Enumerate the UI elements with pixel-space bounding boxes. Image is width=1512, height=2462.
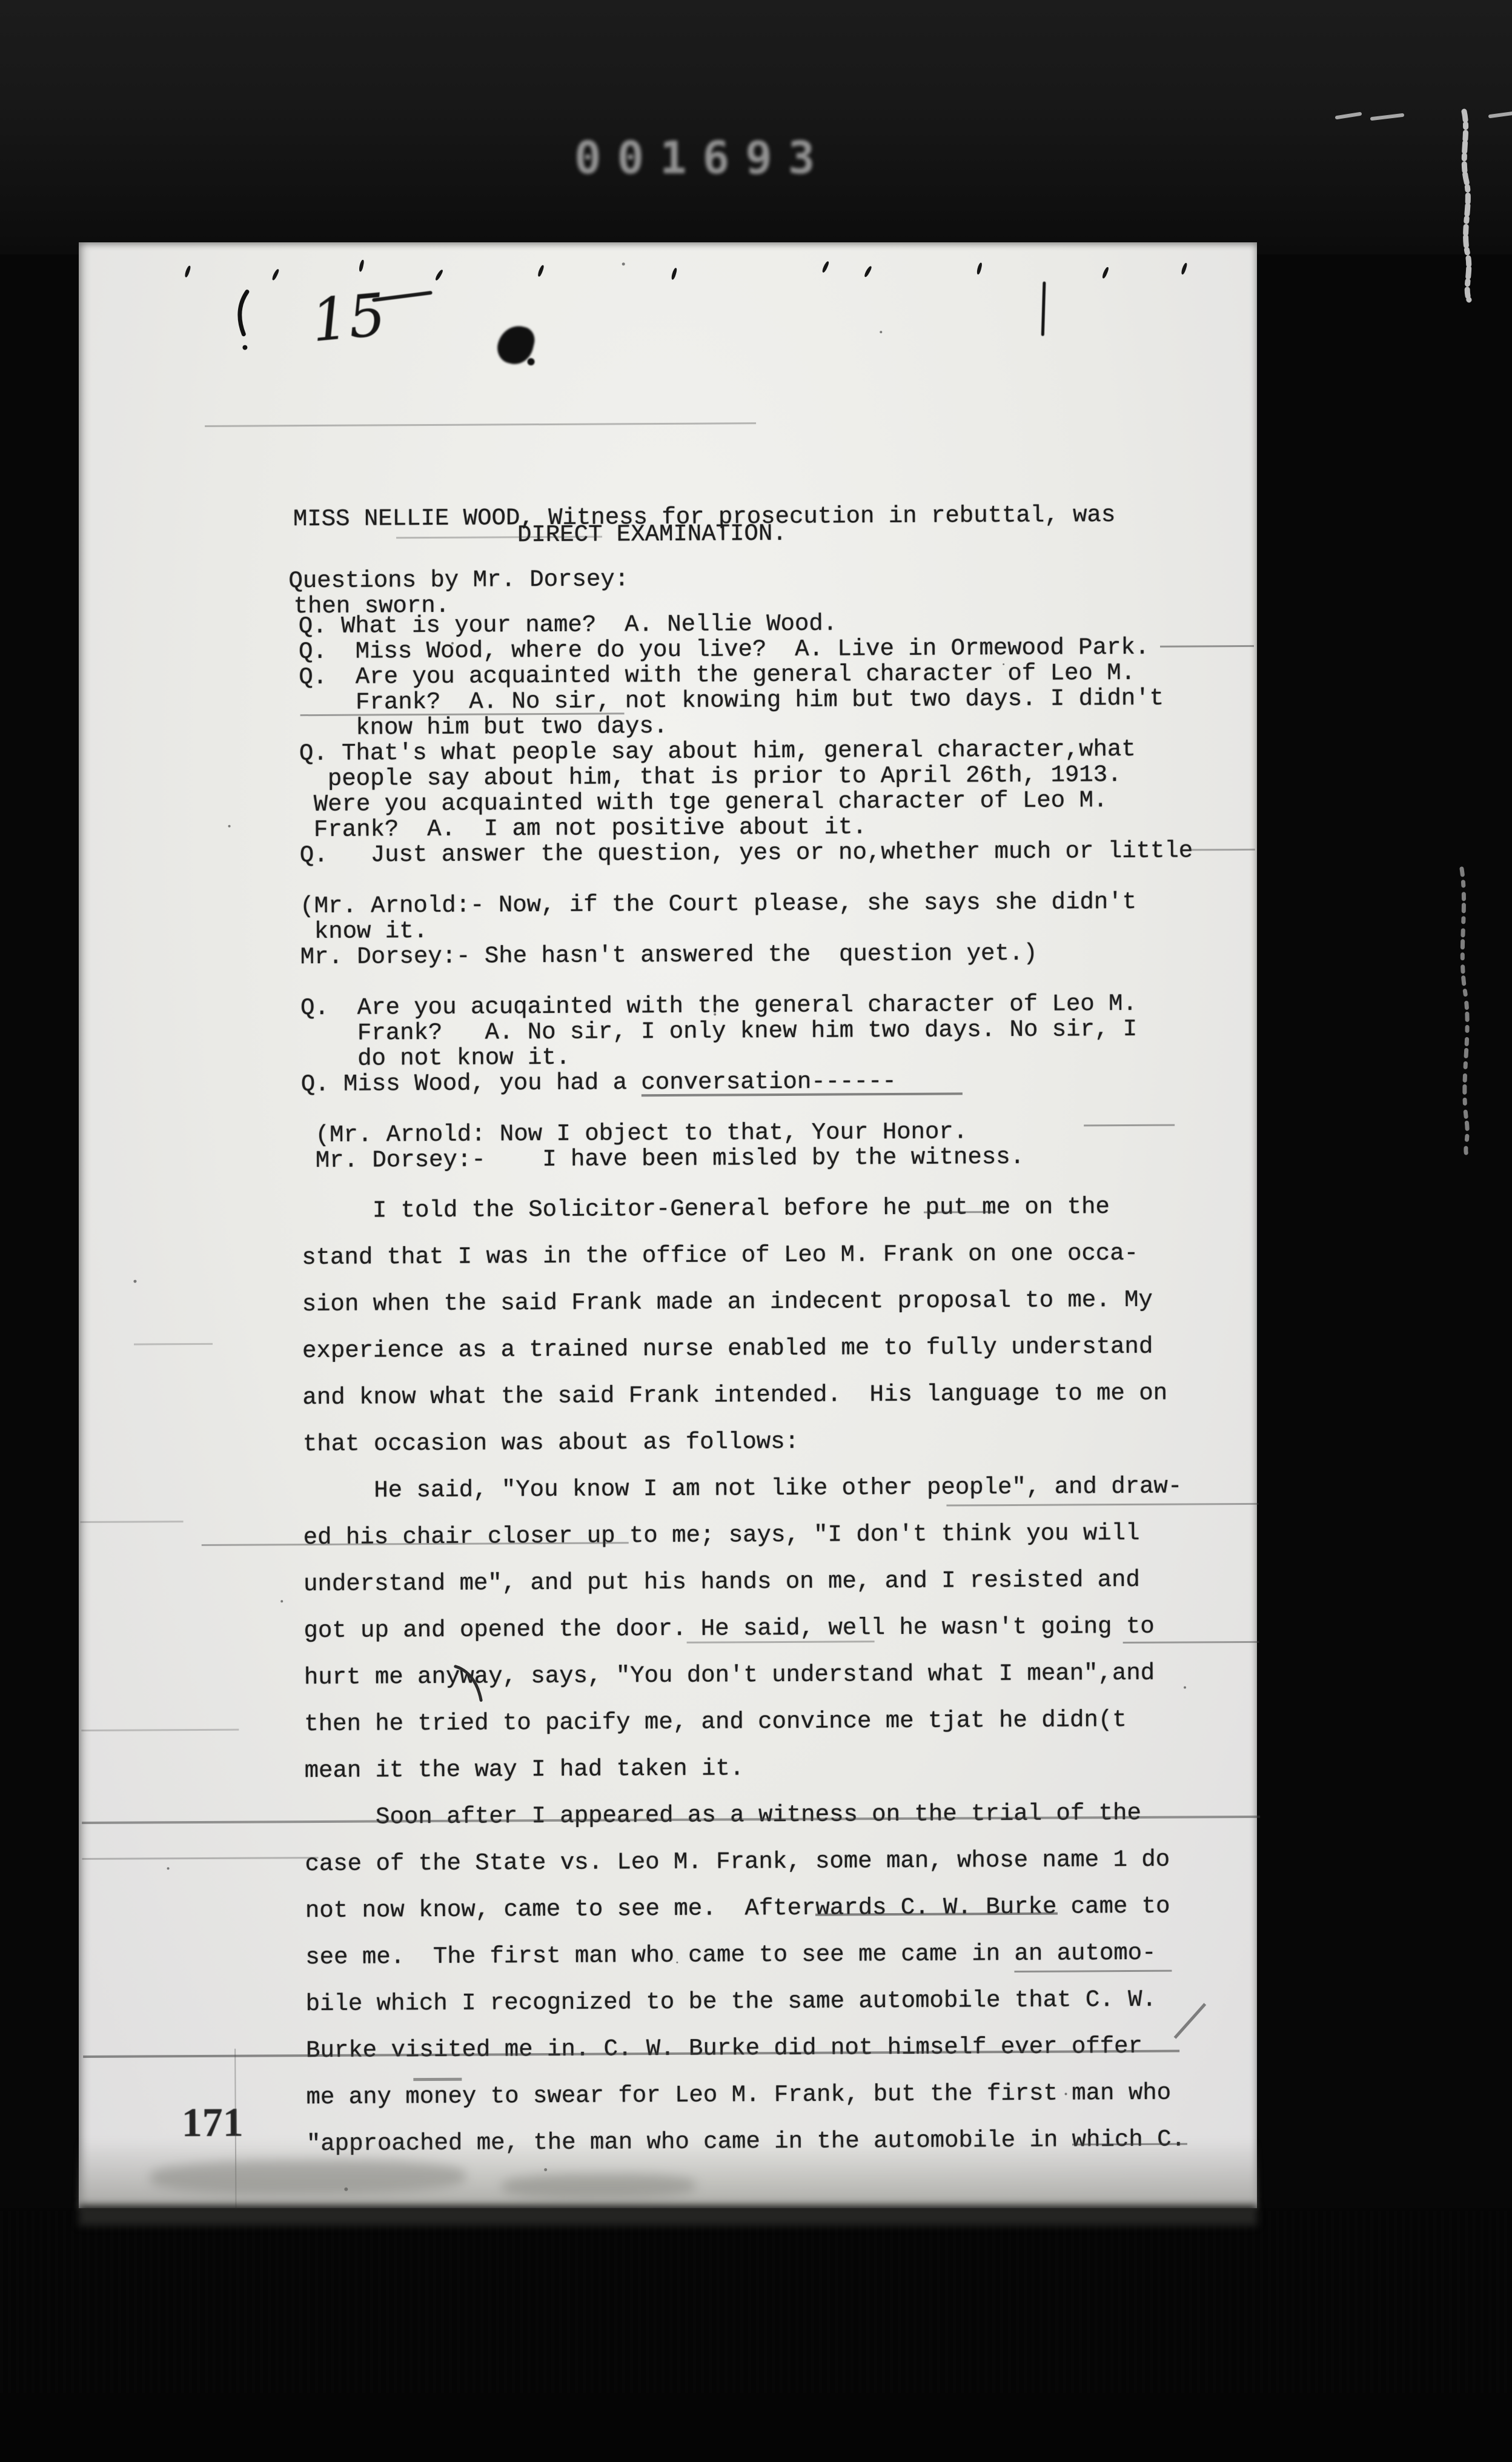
pencil-line (205, 422, 756, 427)
speck (544, 2168, 547, 2171)
speck (970, 1487, 973, 1490)
transcript-line: Frank? A. No sir, not knowing him but tw… (299, 685, 1192, 715)
pencil-line (1160, 645, 1254, 648)
speck (167, 1867, 170, 1870)
speck (1003, 663, 1004, 665)
witness-statement: I told the Solicitor-General before he p… (302, 1184, 1185, 2168)
speck (451, 642, 454, 645)
ink-tick (537, 265, 545, 277)
examiner-byline: Questions by Mr. Dorsey: (288, 566, 629, 594)
speck (228, 825, 231, 828)
pencil-line (81, 1521, 184, 1523)
ink-tick (1101, 267, 1109, 279)
statement-line: not now know, came to see me. Afterwards… (305, 1883, 1184, 1935)
pencil-line (413, 2078, 462, 2081)
speck (676, 1962, 678, 1963)
statement-line: got up and opened the door. He said, wel… (303, 1604, 1182, 1655)
transcript-line: Q. Just answer the question, yes or no,w… (300, 838, 1193, 868)
statement-line: see me. The first man who came to see me… (305, 1930, 1184, 1982)
ink-tick (671, 267, 677, 280)
transcript-line: Frank? A. No sir, I only knew him two da… (300, 1016, 1194, 1046)
statement-line: stand that I was in the office of Leo M.… (302, 1230, 1181, 1282)
ink-tick (1181, 262, 1188, 275)
statement-line: bile which I recognized to be the same a… (306, 1977, 1185, 2028)
speck (133, 1280, 136, 1283)
ink-blot-speck (528, 358, 535, 365)
statement-line: sion when the said Frank made an indecen… (302, 1277, 1181, 1329)
film-grain (0, 2211, 1512, 2393)
statement-line: "approached me, the man who came in the … (307, 2117, 1185, 2168)
pencil-line (924, 1211, 993, 1213)
statement-line: case of the State vs. Leo M. Frank, some… (305, 1837, 1184, 1888)
transcript-line: Were you acquainted with tge general cha… (299, 787, 1193, 817)
pencil-line (1192, 849, 1255, 851)
pencil-check-mark (452, 1663, 488, 1705)
section-title: DIRECT EXAMINATION. (517, 520, 787, 548)
statement-line: hurt me anyway, says, "You don't underst… (304, 1650, 1183, 1702)
printed-page-number: 171 (182, 2099, 244, 2147)
pencil-line (82, 1857, 318, 1860)
ink-tick (976, 262, 983, 275)
statement-line: understand me", and put his hands on me,… (303, 1557, 1182, 1608)
page-bottom-shadow (79, 2205, 1257, 2226)
pencil-line (134, 1343, 213, 1345)
statement-line: Soon after I appeared as a witness on th… (305, 1790, 1184, 1842)
statement-line: and know what the said Frank intended. H… (302, 1370, 1181, 1422)
document-number-stamp: 001693 (574, 132, 831, 184)
pencil-line (81, 1729, 239, 1731)
transcript-line: Mr. Dorsey:- I have been misled by the w… (301, 1143, 1195, 1173)
speck (344, 2188, 348, 2191)
ink-tick (184, 265, 191, 278)
film-scratch-column-top (1451, 109, 1487, 303)
film-top-band (0, 0, 1512, 254)
statement-line: Burke visited me in. C. W. Burke did not… (306, 2023, 1185, 2075)
speck (622, 262, 625, 265)
statement-line: then he tried to pacify me, and convince… (304, 1697, 1183, 1748)
page-content: 15 MISS NELLIE WOOD, Witness for prosecu… (74, 238, 1262, 2210)
statement-line: that occasion was about as follows: (303, 1417, 1182, 1468)
transcript-line: (Mr. Arnold:- Now, if the Court please, … (300, 889, 1193, 919)
handwritten-page-number: 15 (308, 280, 388, 355)
document-page: 15 MISS NELLIE WOOD, Witness for prosecu… (79, 242, 1257, 2208)
speck (880, 331, 882, 333)
ink-tick (821, 260, 830, 273)
speck (280, 1600, 283, 1602)
pencil-line (1072, 2143, 1187, 2145)
ink-tick (359, 259, 365, 272)
ink-squiggle-mark (236, 290, 255, 356)
ink-tick (863, 265, 872, 277)
qa-transcript: Q. What is your name? A. Nellie Wood.Q. … (299, 609, 1195, 1173)
speck (1184, 1686, 1186, 1688)
statement-line: experience as a trained nurse enabled me… (302, 1324, 1181, 1375)
speck (714, 1014, 716, 1016)
ink-tick (434, 269, 443, 281)
film-scratch-column-mid (1451, 866, 1487, 1157)
statement-line: ed his chair closer up to me; says, "I d… (303, 1510, 1182, 1562)
statement-line: mean it the way I had taken it. (305, 1744, 1184, 1795)
statement-line: I told the Solicitor-General before he p… (302, 1184, 1181, 1235)
scan-smudge (150, 2160, 465, 2195)
scan-smudge (502, 2174, 695, 2199)
pencil-line (1123, 1641, 1259, 1644)
ink-tick (271, 268, 280, 281)
scanned-document-frame: 001693 15 (0, 0, 1512, 2462)
film-scratch-dashes (1336, 110, 1512, 128)
ink-stroke-mark (1041, 282, 1046, 336)
statement-line: He said, "You know I am not like other p… (303, 1464, 1182, 1515)
speck (1065, 2093, 1067, 2095)
